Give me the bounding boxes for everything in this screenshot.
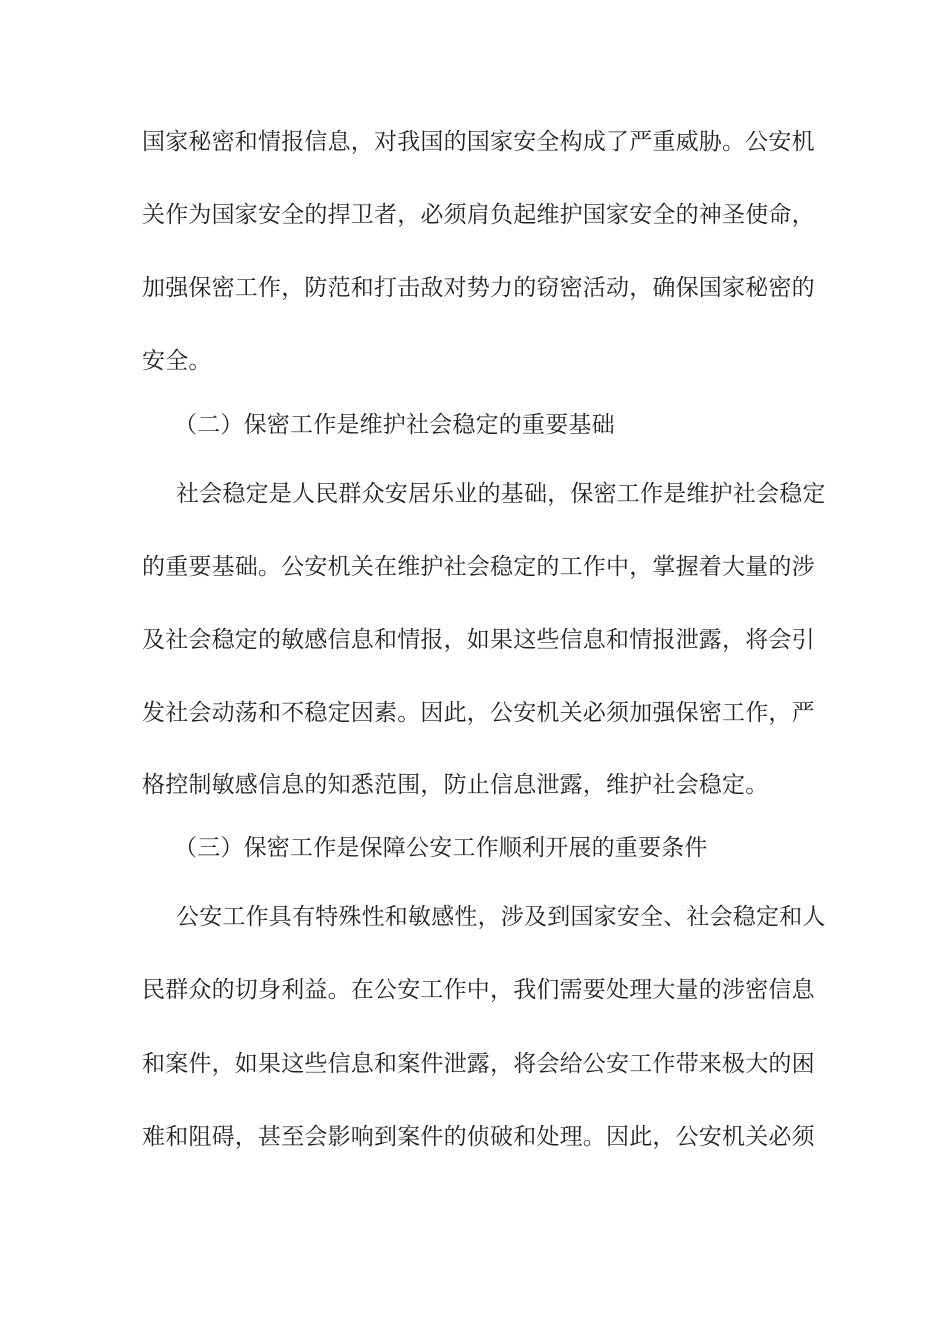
text-line: 格控制敏感信息的知悉范围，防止信息泄露，维护社会稳定。 bbox=[142, 771, 768, 798]
text-line: 国家秘密和情报信息，对我国的国家安全构成了严重威胁。公安机 bbox=[142, 128, 815, 155]
text-line: 发社会动荡和不稳定因素。因此，公安机关必须加强保密工作，严 bbox=[142, 699, 815, 726]
text-line: 公安工作具有特殊性和敏感性，涉及到国家安全、社会稳定和人 bbox=[176, 903, 826, 930]
text-line: 难和阻碍，甚至会影响到案件的侦破和处理。因此，公安机关必须 bbox=[142, 1123, 815, 1150]
text-line: 加强保密工作，防范和打击敌对势力的窃密活动，确保国家秘密的 bbox=[142, 274, 815, 301]
section-heading: （三）保密工作是保障公安工作顺利开展的重要条件 bbox=[174, 834, 708, 861]
text-line: 社会稳定是人民群众安居乐业的基础，保密工作是维护社会稳定 bbox=[176, 480, 826, 507]
text-line: 和案件，如果这些信息和案件泄露，将会给公安工作带来极大的困 bbox=[142, 1050, 815, 1077]
text-line: 安全。 bbox=[142, 347, 212, 374]
text-line: 及社会稳定的敏感信息和情报，如果这些信息和情报泄露，将会引 bbox=[142, 626, 815, 653]
text-line: 民群众的切身利益。在公安工作中，我们需要处理大量的涉密信息 bbox=[142, 976, 815, 1003]
document-page: 国家秘密和情报信息，对我国的国家安全构成了严重威胁。公安机 关作为国家安全的捍卫… bbox=[0, 0, 950, 1344]
text-line: 关作为国家安全的捍卫者，必须肩负起维护国家安全的神圣使命， bbox=[142, 201, 815, 228]
text-line: 的重要基础。公安机关在维护社会稳定的工作中，掌握着大量的涉 bbox=[142, 553, 815, 580]
section-heading: （二）保密工作是维护社会稳定的重要基础 bbox=[174, 411, 615, 438]
